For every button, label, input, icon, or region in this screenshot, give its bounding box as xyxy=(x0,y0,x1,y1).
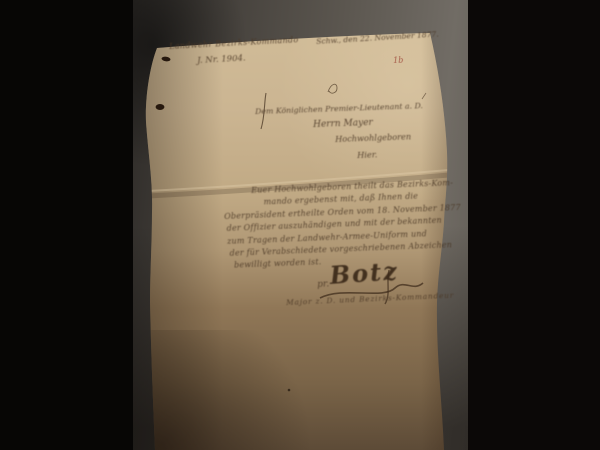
letter-body: Euer Hochwohlgeboren theilt das Bezirks-… xyxy=(223,177,463,273)
journal-number: J. Nr. 1904. xyxy=(197,54,246,65)
punch-hole-bottom xyxy=(156,104,165,110)
signature: Botz xyxy=(329,259,400,288)
address-line-place: Hier. xyxy=(357,150,378,159)
red-annotation: 1b xyxy=(393,57,403,65)
letterbox-right xyxy=(468,0,600,450)
paper-bottom-shadow xyxy=(133,330,333,450)
address-line-honorific: Hochwohlgeboren xyxy=(335,132,411,143)
signature-prefix: pr. xyxy=(317,280,329,290)
paper-speck xyxy=(288,389,291,392)
photo-area: Landwehr Bezirks-Kommando J. Nr. 1904. S… xyxy=(133,0,468,450)
letterbox-left xyxy=(0,0,133,450)
photo-frame: Landwehr Bezirks-Kommando J. Nr. 1904. S… xyxy=(0,0,600,450)
